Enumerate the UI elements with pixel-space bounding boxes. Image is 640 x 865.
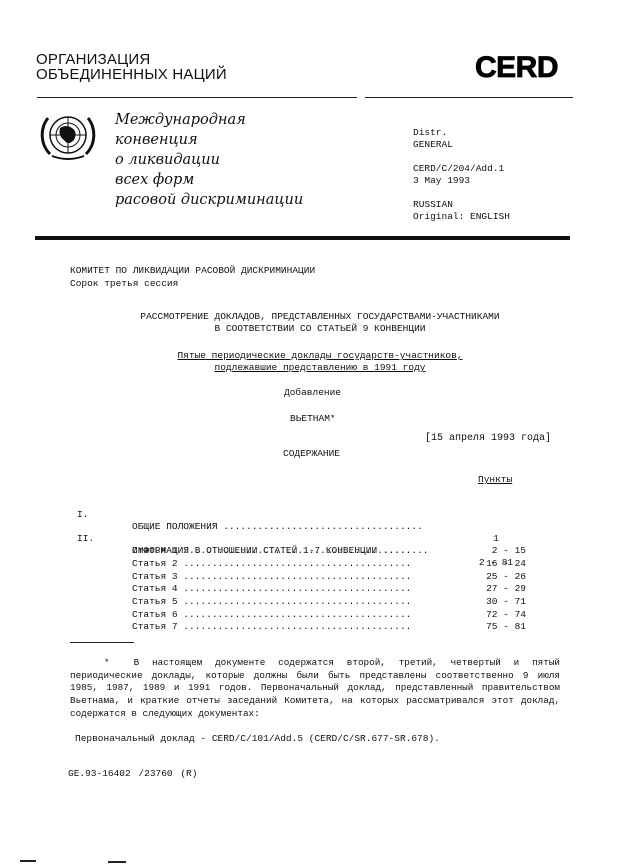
document-metadata: Distr. GENERAL CERD/C/204/Add.1 3 May 19… bbox=[413, 127, 510, 223]
main-title: РАССМОТРЕНИЕ ДОКЛАДОВ, ПРЕДСТАВЛЕННЫХ ГО… bbox=[0, 311, 640, 335]
toc-article-label: Статья 7 ...............................… bbox=[132, 621, 411, 632]
toc-article-row: Статья 7 ...............................… bbox=[132, 621, 411, 634]
main-title-line-1: РАССМОТРЕНИЕ ДОКЛАДОВ, ПРЕДСТАВЛЕННЫХ ГО… bbox=[0, 311, 640, 323]
toc-article-label: Статья 2 ...............................… bbox=[132, 558, 411, 569]
convention-title: Международная конвенция о ликвидации все… bbox=[115, 110, 303, 210]
contents-heading: СОДЕРЖАНИЕ bbox=[283, 448, 340, 459]
subtitle: Пятые периодические доклады государств-у… bbox=[0, 350, 640, 374]
org-line-1: ОРГАНИЗАЦИЯ bbox=[36, 52, 227, 67]
distr-label: Distr. bbox=[413, 127, 510, 139]
toc-article-row: Статья 2 ...............................… bbox=[132, 558, 411, 571]
toc-article-pages: 75 - 81 bbox=[466, 621, 526, 632]
country-name: ВЬЕТНАМ* bbox=[290, 413, 336, 424]
doc-date: 3 May 1993 bbox=[413, 175, 510, 187]
toc-article-row: Статья 6 ...............................… bbox=[132, 609, 411, 622]
toc-article-row: Статья 5 ...............................… bbox=[132, 596, 411, 609]
toc-article-label: Статья 1 ...............................… bbox=[132, 545, 411, 556]
organization-name: ОРГАНИЗАЦИЯ ОБЪЕДИНЕННЫХ НАЦИЙ bbox=[36, 52, 227, 82]
main-title-line-2: В СООТВЕТСТВИИ СО СТАТЬЕЙ 9 КОНВЕНЦИИ bbox=[0, 323, 640, 335]
convention-title-line: конвенция bbox=[115, 130, 303, 150]
un-emblem-icon bbox=[38, 110, 98, 162]
footnote-text: В настоящем документе содержатся второй,… bbox=[70, 657, 560, 719]
header-divider-left bbox=[37, 97, 357, 98]
header-divider-right bbox=[365, 97, 573, 98]
toc-article-label: Статья 3 ...............................… bbox=[132, 571, 411, 582]
language: RUSSIAN bbox=[413, 199, 510, 211]
bottom-mark bbox=[20, 860, 36, 862]
convention-title-line: Международная bbox=[115, 110, 303, 130]
job-number: GE.93-16402 /23760 (R) bbox=[68, 768, 197, 779]
toc-article-row: Статья 4 ...............................… bbox=[132, 583, 411, 596]
toc-article-pages: 27 - 29 bbox=[466, 583, 526, 594]
subtitle-line-1: Пятые периодические доклады государств-у… bbox=[0, 350, 640, 362]
toc-article-label: Статья 4 ...............................… bbox=[132, 583, 411, 594]
toc-article-pages: 72 - 74 bbox=[466, 609, 526, 620]
toc-section-number: II. bbox=[77, 533, 94, 545]
header-rule bbox=[35, 236, 570, 240]
toc-article-row: Статья 1 ...............................… bbox=[132, 545, 411, 558]
footnote-reference: Первоначальный доклад - CERD/C/101/Add.5… bbox=[75, 733, 440, 744]
committee-name: КОМИТЕТ ПО ЛИКВИДАЦИИ РАСОВОЙ ДИСКРИМИНА… bbox=[70, 264, 315, 277]
session: Сорок третья сессия bbox=[70, 277, 315, 290]
convention-title-line: всех форм bbox=[115, 170, 303, 190]
toc-article-label: Статья 5 ...............................… bbox=[132, 596, 411, 607]
convention-title-line: о ликвидации bbox=[115, 150, 303, 170]
convention-title-line: расовой дискриминации bbox=[115, 190, 303, 210]
paragraphs-header: Пункты bbox=[478, 474, 512, 485]
toc-article-pages: 16 - 24 bbox=[466, 558, 526, 569]
original-language: Original: ENGLISH bbox=[413, 211, 510, 223]
toc-article-label: Статья 6 ...............................… bbox=[132, 609, 411, 620]
committee-block: КОМИТЕТ ПО ЛИКВИДАЦИИ РАСОВОЙ ДИСКРИМИНА… bbox=[70, 264, 315, 290]
doc-symbol: CERD/C/204/Add.1 bbox=[413, 163, 510, 175]
addendum-label: Добавление bbox=[284, 387, 341, 398]
report-date: [15 апреля 1993 года] bbox=[425, 433, 551, 444]
org-line-2: ОБЪЕДИНЕННЫХ НАЦИЙ bbox=[36, 67, 227, 82]
bottom-mark bbox=[108, 861, 126, 863]
toc-article-pages: 30 - 71 bbox=[466, 596, 526, 607]
toc-article-row: Статья 3 ...............................… bbox=[132, 571, 411, 584]
toc-article-pages: 25 - 26 bbox=[466, 571, 526, 582]
subtitle-line-2: подлежавшие представлению в 1991 году bbox=[0, 362, 640, 374]
toc-article-pages: 2 - 15 bbox=[466, 545, 526, 556]
footnote-marker: * bbox=[104, 657, 110, 668]
footnote: *В настоящем документе содержатся второй… bbox=[70, 657, 560, 721]
distribution: GENERAL bbox=[413, 139, 510, 151]
footnote-separator bbox=[70, 642, 134, 643]
document-symbol-logo: CERD bbox=[475, 52, 558, 84]
toc-section-number: I. bbox=[77, 509, 88, 521]
